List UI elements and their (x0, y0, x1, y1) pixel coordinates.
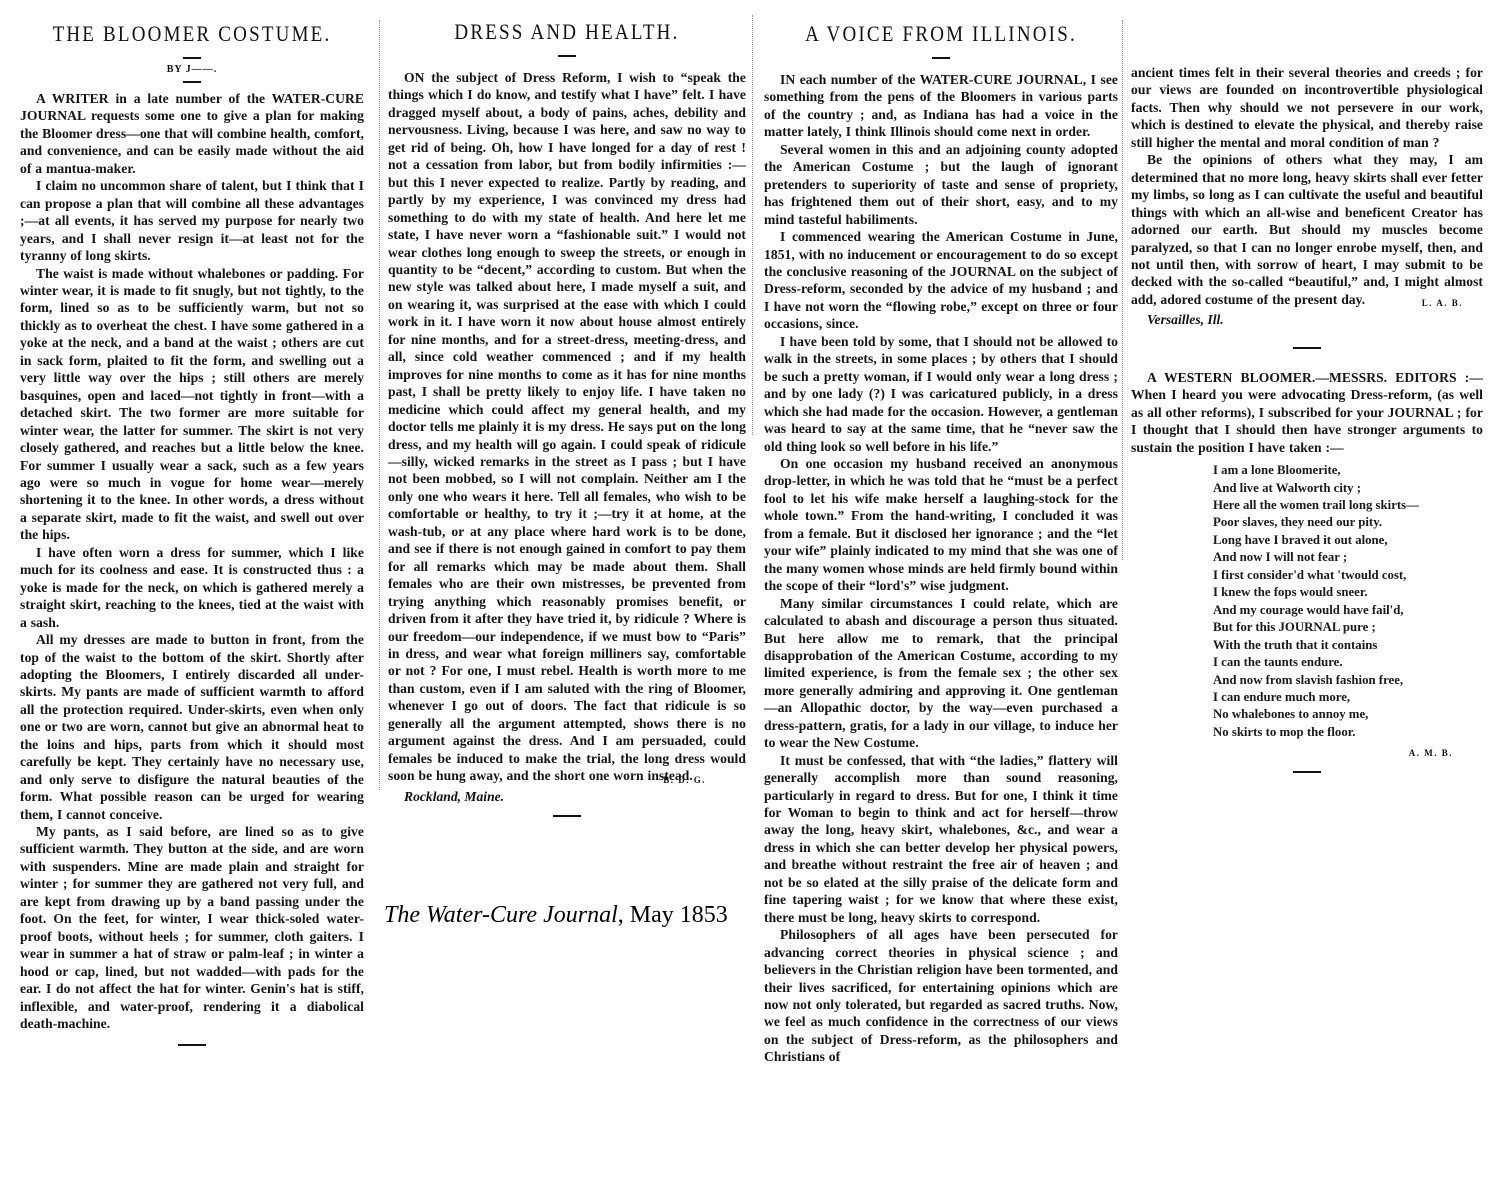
article-title: DRESS AND HEALTH. (388, 20, 746, 45)
paragraph: Be the opinions of others what they may,… (1131, 151, 1483, 308)
paragraph: Many similar circumstances I could relat… (764, 595, 1118, 752)
column-separator (379, 20, 380, 790)
place-line: Versailles, Ill. (1131, 311, 1483, 328)
poem: I am a lone Bloomerite, And live at Walw… (1131, 462, 1483, 741)
paragraph: On one occasion my husband received an a… (764, 455, 1118, 595)
poem-line: But for this JOURNAL pure ; (1213, 619, 1483, 636)
paragraph: Philosophers of all ages have been perse… (764, 926, 1118, 1066)
end-rule (178, 1044, 206, 1046)
paragraph: My pants, as I said before, are lined so… (20, 823, 364, 1032)
poem-line: And my courage would have fail'd, (1213, 602, 1483, 619)
article-continuation-and-western-bloomer: ancient times felt in their several theo… (1131, 0, 1483, 773)
byline-rule (183, 81, 201, 83)
title-rule (183, 57, 201, 59)
poem-line: Poor slaves, they need our pity. (1213, 514, 1483, 531)
poem-line: Long have I braved it out alone, (1213, 532, 1483, 549)
article-bloomer-costume: THE BLOOMER COSTUME. BY J——. A WRITER in… (20, 0, 364, 1046)
end-rule (1293, 771, 1321, 773)
signature-row: A. M. B. (1131, 743, 1483, 761)
paragraph: I have been told by some, that I should … (764, 333, 1118, 455)
column-separator (752, 15, 753, 435)
poem-line: And live at Walworth city ; (1213, 480, 1483, 497)
paragraph: A WRITER in a late number of the WATER-C… (20, 90, 364, 177)
signature: A. M. B. (1409, 748, 1453, 758)
poem-line: With the truth that it contains (1213, 637, 1483, 654)
end-rule (553, 815, 581, 817)
poem-line: And now from slavish fashion free, (1213, 672, 1483, 689)
article-title: THE BLOOMER COSTUME. (20, 22, 364, 47)
signature: L. A. B. (1422, 298, 1463, 308)
paragraph-continued: ancient times felt in their several theo… (1131, 64, 1483, 151)
paragraph: The waist is made without whalebones or … (20, 265, 364, 544)
western-bloomer-intro: A WESTERN BLOOMER.—MESSRS. EDITORS :—Whe… (1131, 369, 1483, 456)
paragraph: It must be confessed, that with “the lad… (764, 752, 1118, 927)
signature: B. D. G. (663, 775, 706, 785)
poem-line: I knew the fops would sneer. (1213, 584, 1483, 601)
poem-line: I am a lone Bloomerite, (1213, 462, 1483, 479)
title-rule (932, 57, 950, 59)
paragraph: All my dresses are made to button in fro… (20, 631, 364, 823)
column-separator (1122, 20, 1123, 560)
paragraph: I commenced wearing the American Costume… (764, 228, 1118, 333)
paragraph: ON the subject of Dress Reform, I wish t… (388, 69, 746, 785)
paragraph: I claim no uncommon share of talent, but… (20, 177, 364, 264)
poem-line: No skirts to mop the floor. (1213, 724, 1483, 741)
source-caption: The Water-Cure Journal, May 1853 (384, 902, 728, 929)
poem-line: I can endure much more, (1213, 689, 1483, 706)
poem-line: And now I will not fear ; (1213, 549, 1483, 566)
column-top-gap (1131, 0, 1483, 64)
poem-line: I first consider'd what 'twould cost, (1213, 567, 1483, 584)
journal-name: The Water-Cure Journal (384, 902, 618, 928)
article-title: A VOICE FROM ILLINOIS. (764, 22, 1118, 47)
issue-date: , May 1853 (618, 902, 728, 928)
title-rule (558, 55, 576, 57)
article-dress-and-health: DRESS AND HEALTH. ON the subject of Dres… (388, 0, 746, 817)
place-line: Rockland, Maine. (388, 788, 746, 805)
paragraph: IN each number of the WATER-CURE JOURNAL… (764, 71, 1118, 141)
paragraph: I have often worn a dress for summer, wh… (20, 544, 364, 631)
byline: BY J——. (20, 64, 364, 75)
paragraph: Several women in this and an adjoining c… (764, 141, 1118, 228)
poem-line: Here all the women trail long skirts— (1213, 497, 1483, 514)
article-voice-from-illinois: A VOICE FROM ILLINOIS. IN each number of… (764, 0, 1118, 1066)
section-rule (1293, 347, 1321, 349)
poem-line: I can the taunts endure. (1213, 654, 1483, 671)
poem-line: No whalebones to annoy me, (1213, 706, 1483, 723)
